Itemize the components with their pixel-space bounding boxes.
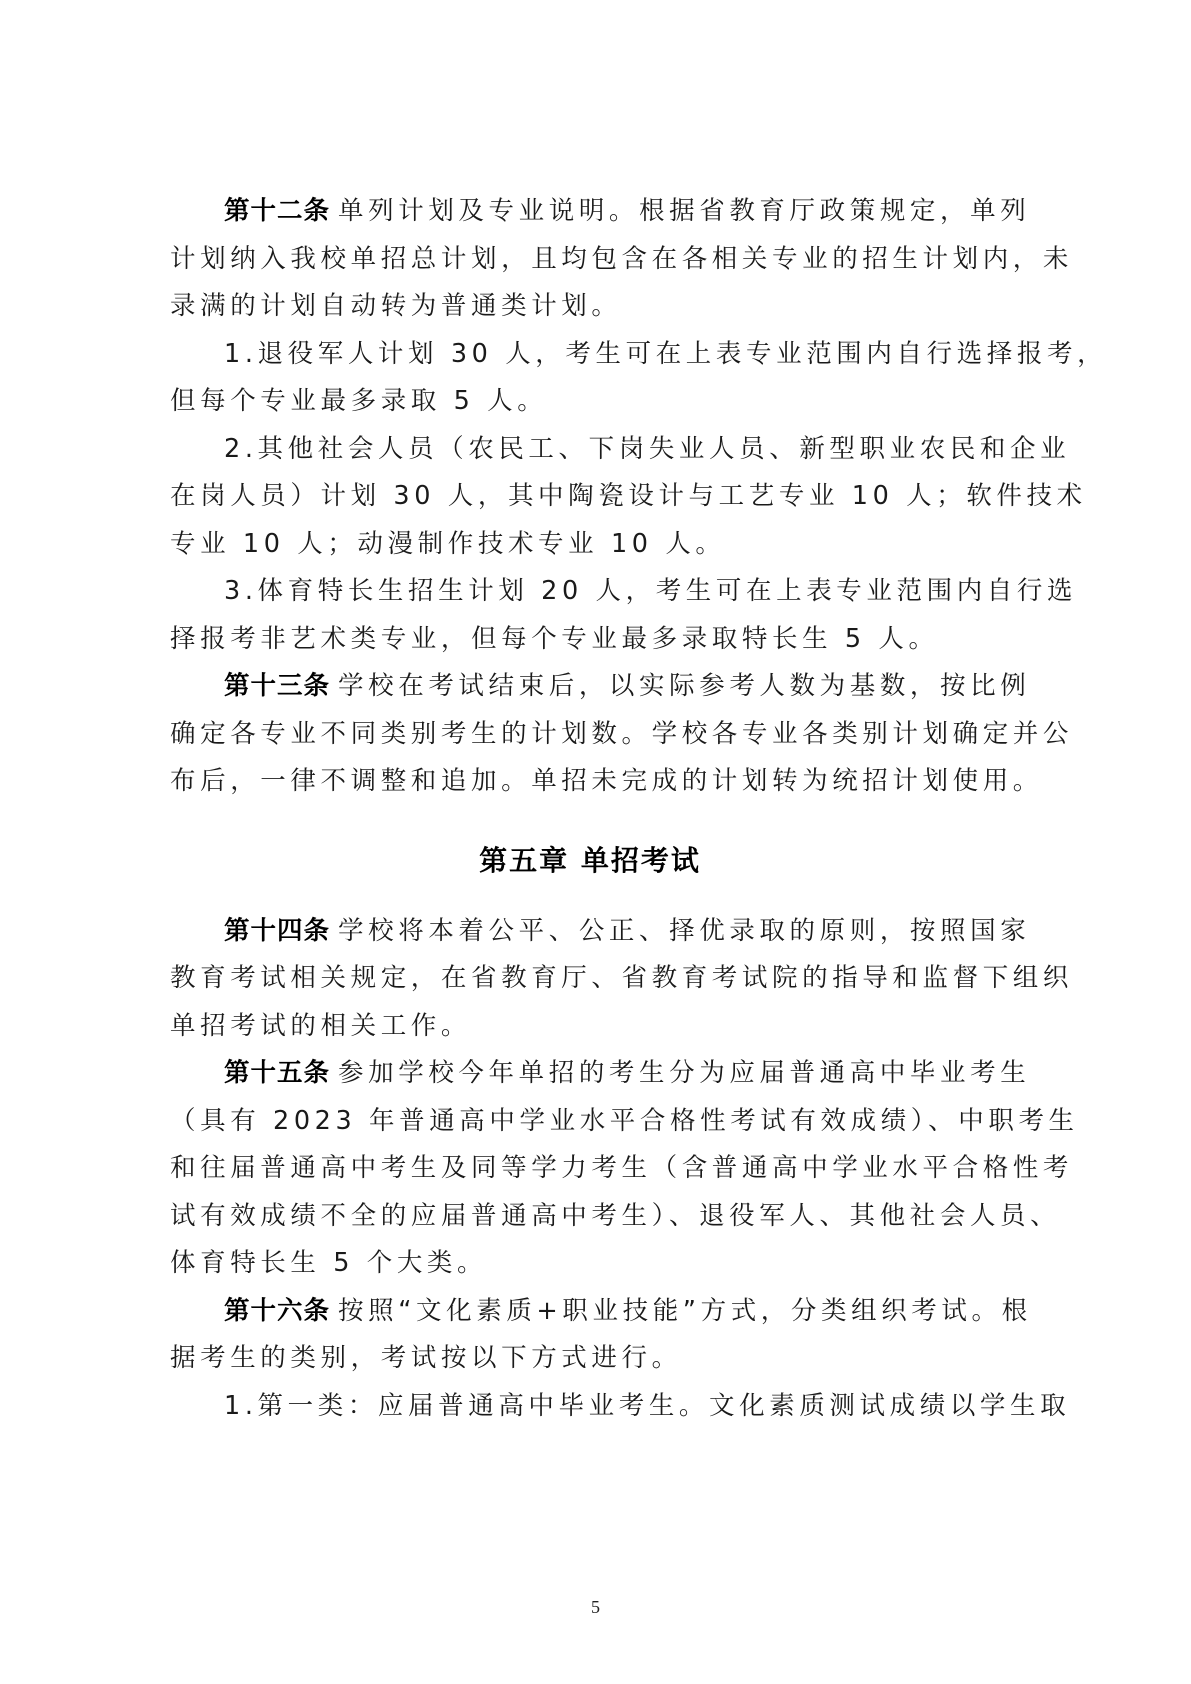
page-number: 5 (0, 1597, 1191, 1618)
paragraph-text: 2.其他社会人员（农民工、下岗失业人员、新型职业农民和企业 (170, 426, 1010, 474)
paragraph-text: 确定各专业不同类别考生的计划数。学校各专业各类别计划确定并公 (170, 711, 1010, 759)
paragraph-text: （具有 2023 年普通高中学业水平合格性考试有效成绩）、中职考生 (170, 1098, 1010, 1146)
paragraph-text: 布后，一律不调整和追加。单招未完成的计划转为统招计划使用。 (170, 758, 1010, 806)
article-heading: 第十二条 (224, 196, 330, 226)
article-15: 第十五条参加学校今年单招的考生分为应届普通高中毕业考生 （具有 2023 年普通… (170, 1050, 1010, 1288)
paragraph-text: 按照“文化素质+职业技能”方式，分类组织考试。根 (338, 1296, 1032, 1326)
paragraph-text: 专业 10 人；动漫制作技术专业 10 人。 (170, 521, 1010, 569)
paragraph-text: 单列计划及专业说明。根据省教育厅政策规定，单列 (338, 196, 1030, 226)
article-13: 第十三条学校在考试结束后，以实际参考人数为基数，按比例 确定各专业不同类别考生的… (170, 663, 1010, 806)
list-item-sports-students: 3.体育特长生招生计划 20 人，考生可在上表专业范围内自行选 择报考非艺术类专… (170, 568, 1010, 663)
article-heading: 第十六条 (224, 1296, 330, 1326)
paragraph-text: 据考生的类别，考试按以下方式进行。 (170, 1335, 1010, 1383)
paragraph-text: 录满的计划自动转为普通类计划。 (170, 283, 1010, 331)
list-item-social-personnel: 2.其他社会人员（农民工、下岗失业人员、新型职业农民和企业 在岗人员）计划 30… (170, 426, 1010, 569)
paragraph-text: 在岗人员）计划 30 人，其中陶瓷设计与工艺专业 10 人；软件技术 (170, 473, 1010, 521)
paragraph-text: 和往届普通高中考生及同等学力考生（含普通高中学业水平合格性考 (170, 1145, 1010, 1193)
paragraph-text: 教育考试相关规定，在省教育厅、省教育考试院的指导和监督下组织 (170, 955, 1010, 1003)
paragraph-text: 择报考非艺术类专业，但每个专业最多录取特长生 5 人。 (170, 616, 1010, 664)
article-16: 第十六条按照“文化素质+职业技能”方式，分类组织考试。根 据考生的类别，考试按以… (170, 1288, 1010, 1383)
list-item-category-one: 1.第一类：应届普通高中毕业考生。文化素质测试成绩以学生取 (170, 1383, 1010, 1431)
paragraph-text: 体育特长生 5 个大类。 (170, 1240, 1010, 1288)
paragraph-text: 学校将本着公平、公正、择优录取的原则，按照国家 (338, 916, 1030, 946)
paragraph-text: 1.第一类：应届普通高中毕业考生。文化素质测试成绩以学生取 (170, 1383, 1010, 1431)
paragraph-text: 单招考试的相关工作。 (170, 1003, 1010, 1051)
article-heading: 第十四条 (224, 916, 330, 946)
paragraph-text: 试有效成绩不全的应届普通高中考生）、退役军人、其他社会人员、 (170, 1193, 1010, 1241)
article-12: 第十二条单列计划及专业说明。根据省教育厅政策规定，单列 计划纳入我校单招总计划，… (170, 188, 1010, 331)
paragraph-text: 学校在考试结束后，以实际参考人数为基数，按比例 (338, 671, 1030, 701)
paragraph-text: 计划纳入我校单招总计划，且均包含在各相关专业的招生计划内，未 (170, 236, 1010, 284)
article-14: 第十四条学校将本着公平、公正、择优录取的原则，按照国家 教育考试相关规定，在省教… (170, 908, 1010, 1051)
article-heading: 第十五条 (224, 1058, 330, 1088)
list-item-veterans: 1.退役军人计划 30 人，考生可在上表专业范围内自行选择报考， 但每个专业最多… (170, 331, 1010, 426)
document-page: 第十二条单列计划及专业说明。根据省教育厅政策规定，单列 计划纳入我校单招总计划，… (170, 188, 1010, 1430)
paragraph-text: 但每个专业最多录取 5 人。 (170, 378, 1010, 426)
article-heading: 第十三条 (224, 671, 330, 701)
paragraph-text: 参加学校今年单招的考生分为应届普通高中毕业考生 (338, 1058, 1030, 1088)
paragraph-text: 3.体育特长生招生计划 20 人，考生可在上表专业范围内自行选 (170, 568, 1010, 616)
chapter-title: 第五章 单招考试 (170, 836, 1010, 886)
paragraph-text: 1.退役军人计划 30 人，考生可在上表专业范围内自行选择报考， (170, 331, 1010, 379)
